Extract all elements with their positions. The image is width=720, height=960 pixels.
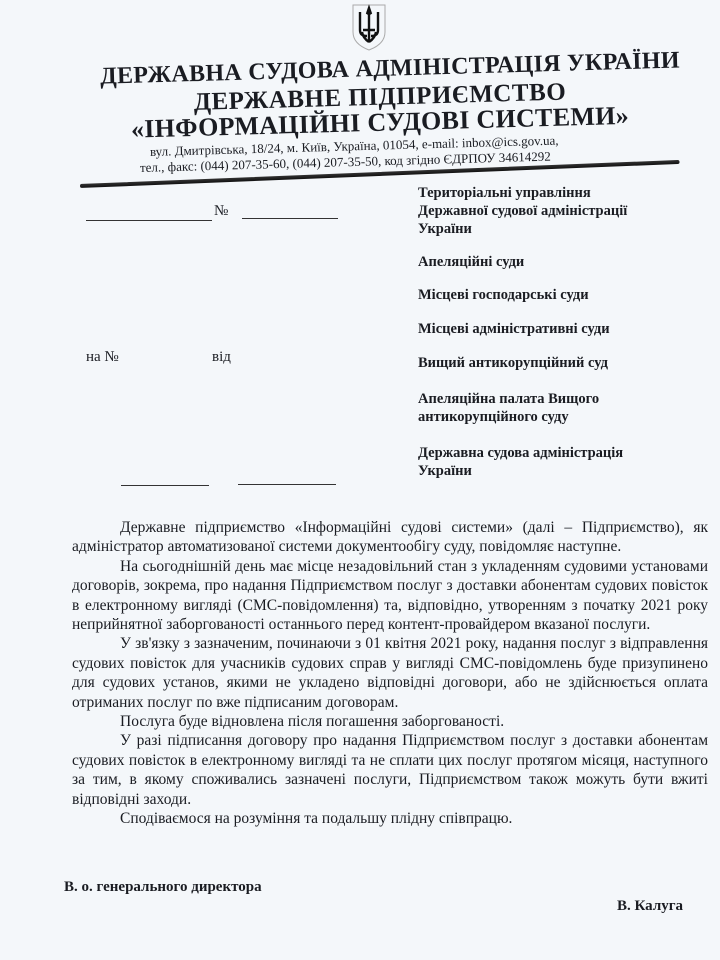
number-sign-label: № bbox=[214, 203, 228, 220]
body-paragraph: Сподіваємося на розуміння та подальшу пл… bbox=[72, 809, 708, 828]
recipient-item: Територіальні управління Державної судов… bbox=[418, 184, 627, 238]
from-label: від bbox=[212, 349, 231, 366]
body-paragraph: Державне підприємство «Інформаційні судо… bbox=[72, 518, 708, 557]
recipient-item: Місцеві адміністративні суди bbox=[418, 320, 610, 338]
in-reply-to-label: на № bbox=[86, 349, 119, 366]
recipient-item: Апеляційна палата Вищого антикорупційног… bbox=[418, 390, 599, 426]
outgoing-number-line bbox=[242, 218, 338, 219]
letter-page: ДЕРЖАВНА СУДОВА АДМІНІСТРАЦІЯ УКРАЇНИ ДЕ… bbox=[0, 0, 720, 960]
signatory-name: В. Калуга bbox=[617, 898, 683, 915]
body-paragraph: У зв'язку з зазначеним, починаючи з 01 к… bbox=[72, 634, 708, 712]
recipient-item: Вищий антикорупційний суд bbox=[418, 354, 608, 372]
recipient-item: Державна судова адміністрація України bbox=[418, 444, 623, 480]
trident-coat-of-arms-icon bbox=[347, 2, 391, 52]
reply-date-line bbox=[238, 484, 336, 485]
signatory-title: В. о. генерального директора bbox=[64, 879, 262, 896]
body-paragraph: Послуга буде відновлена після погашення … bbox=[72, 712, 708, 731]
body-paragraph: У разі підписання договору про надання П… bbox=[72, 731, 708, 809]
recipient-item: Апеляційні суди bbox=[418, 253, 524, 271]
reply-number-line bbox=[121, 485, 209, 486]
body-paragraph: На сьогоднішній день має місце незадовіл… bbox=[72, 557, 708, 635]
letter-body: Державне підприємство «Інформаційні судо… bbox=[72, 518, 708, 829]
outgoing-date-line bbox=[86, 220, 212, 221]
recipient-item: Місцеві господарські суди bbox=[418, 286, 589, 304]
